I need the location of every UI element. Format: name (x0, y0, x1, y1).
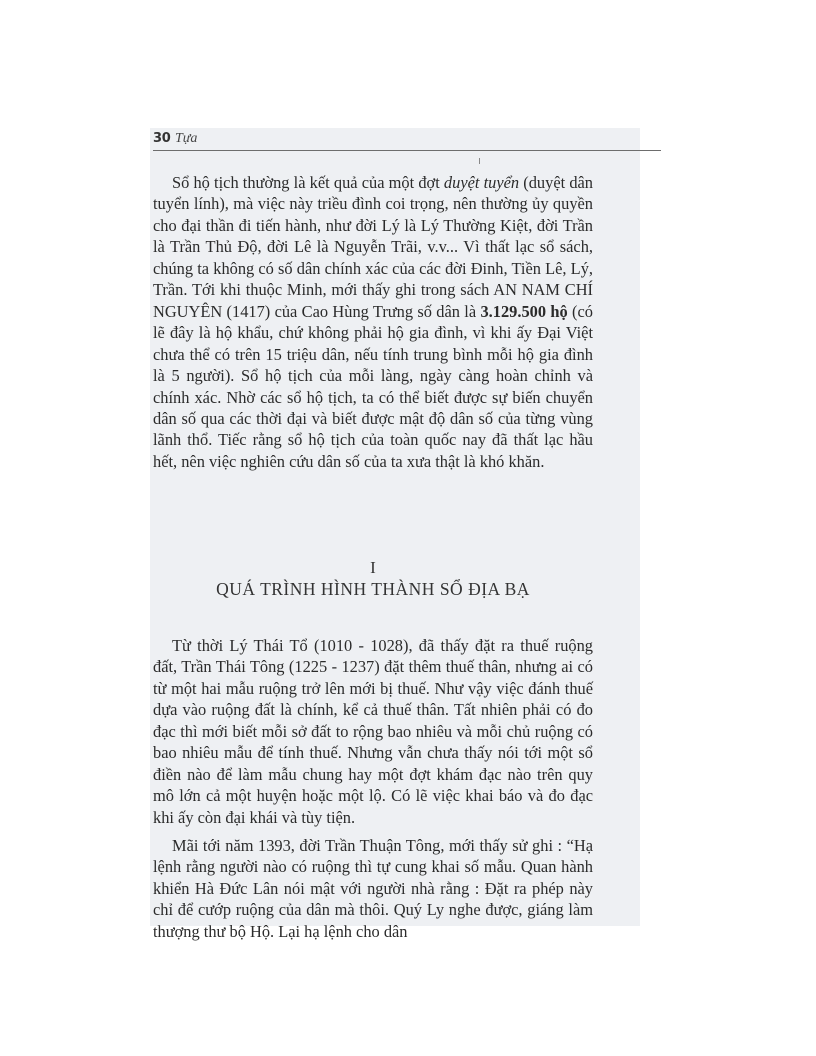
paragraph-1: Sổ hộ tịch thường là kết quả của một đợt… (153, 172, 593, 472)
running-title: Tựa (175, 131, 197, 147)
scan-mark (479, 158, 480, 164)
text-segment: Sổ hộ tịch thường là kết quả của một đợt (172, 173, 444, 192)
text-segment: Từ thời Lý Thái Tổ (1010 - 1028), đã thấ… (153, 636, 593, 827)
bold-figure: 3.129.500 hộ (480, 302, 567, 321)
paragraph-2: Từ thời Lý Thái Tổ (1010 - 1028), đã thấ… (153, 635, 593, 828)
italic-term: duyệt tuyển (444, 173, 519, 192)
running-header: 30 Tựa (153, 130, 661, 151)
text-segment: (có lẽ đây là hộ khẩu, chứ không phải hộ… (153, 302, 593, 471)
chapter-title: QUÁ TRÌNH HÌNH THÀNH SỔ ĐỊA BẠ (153, 579, 593, 600)
text-segment: Mãi tới năm 1393, đời Trần Thuận Tông, m… (153, 836, 593, 941)
paragraph-3: Mãi tới năm 1393, đời Trần Thuận Tông, m… (153, 835, 593, 942)
chapter-number: I (153, 558, 593, 578)
text-segment: (duyệt dân tuyển lính), mà việc này triề… (153, 173, 593, 321)
page-number: 30 (153, 131, 171, 146)
